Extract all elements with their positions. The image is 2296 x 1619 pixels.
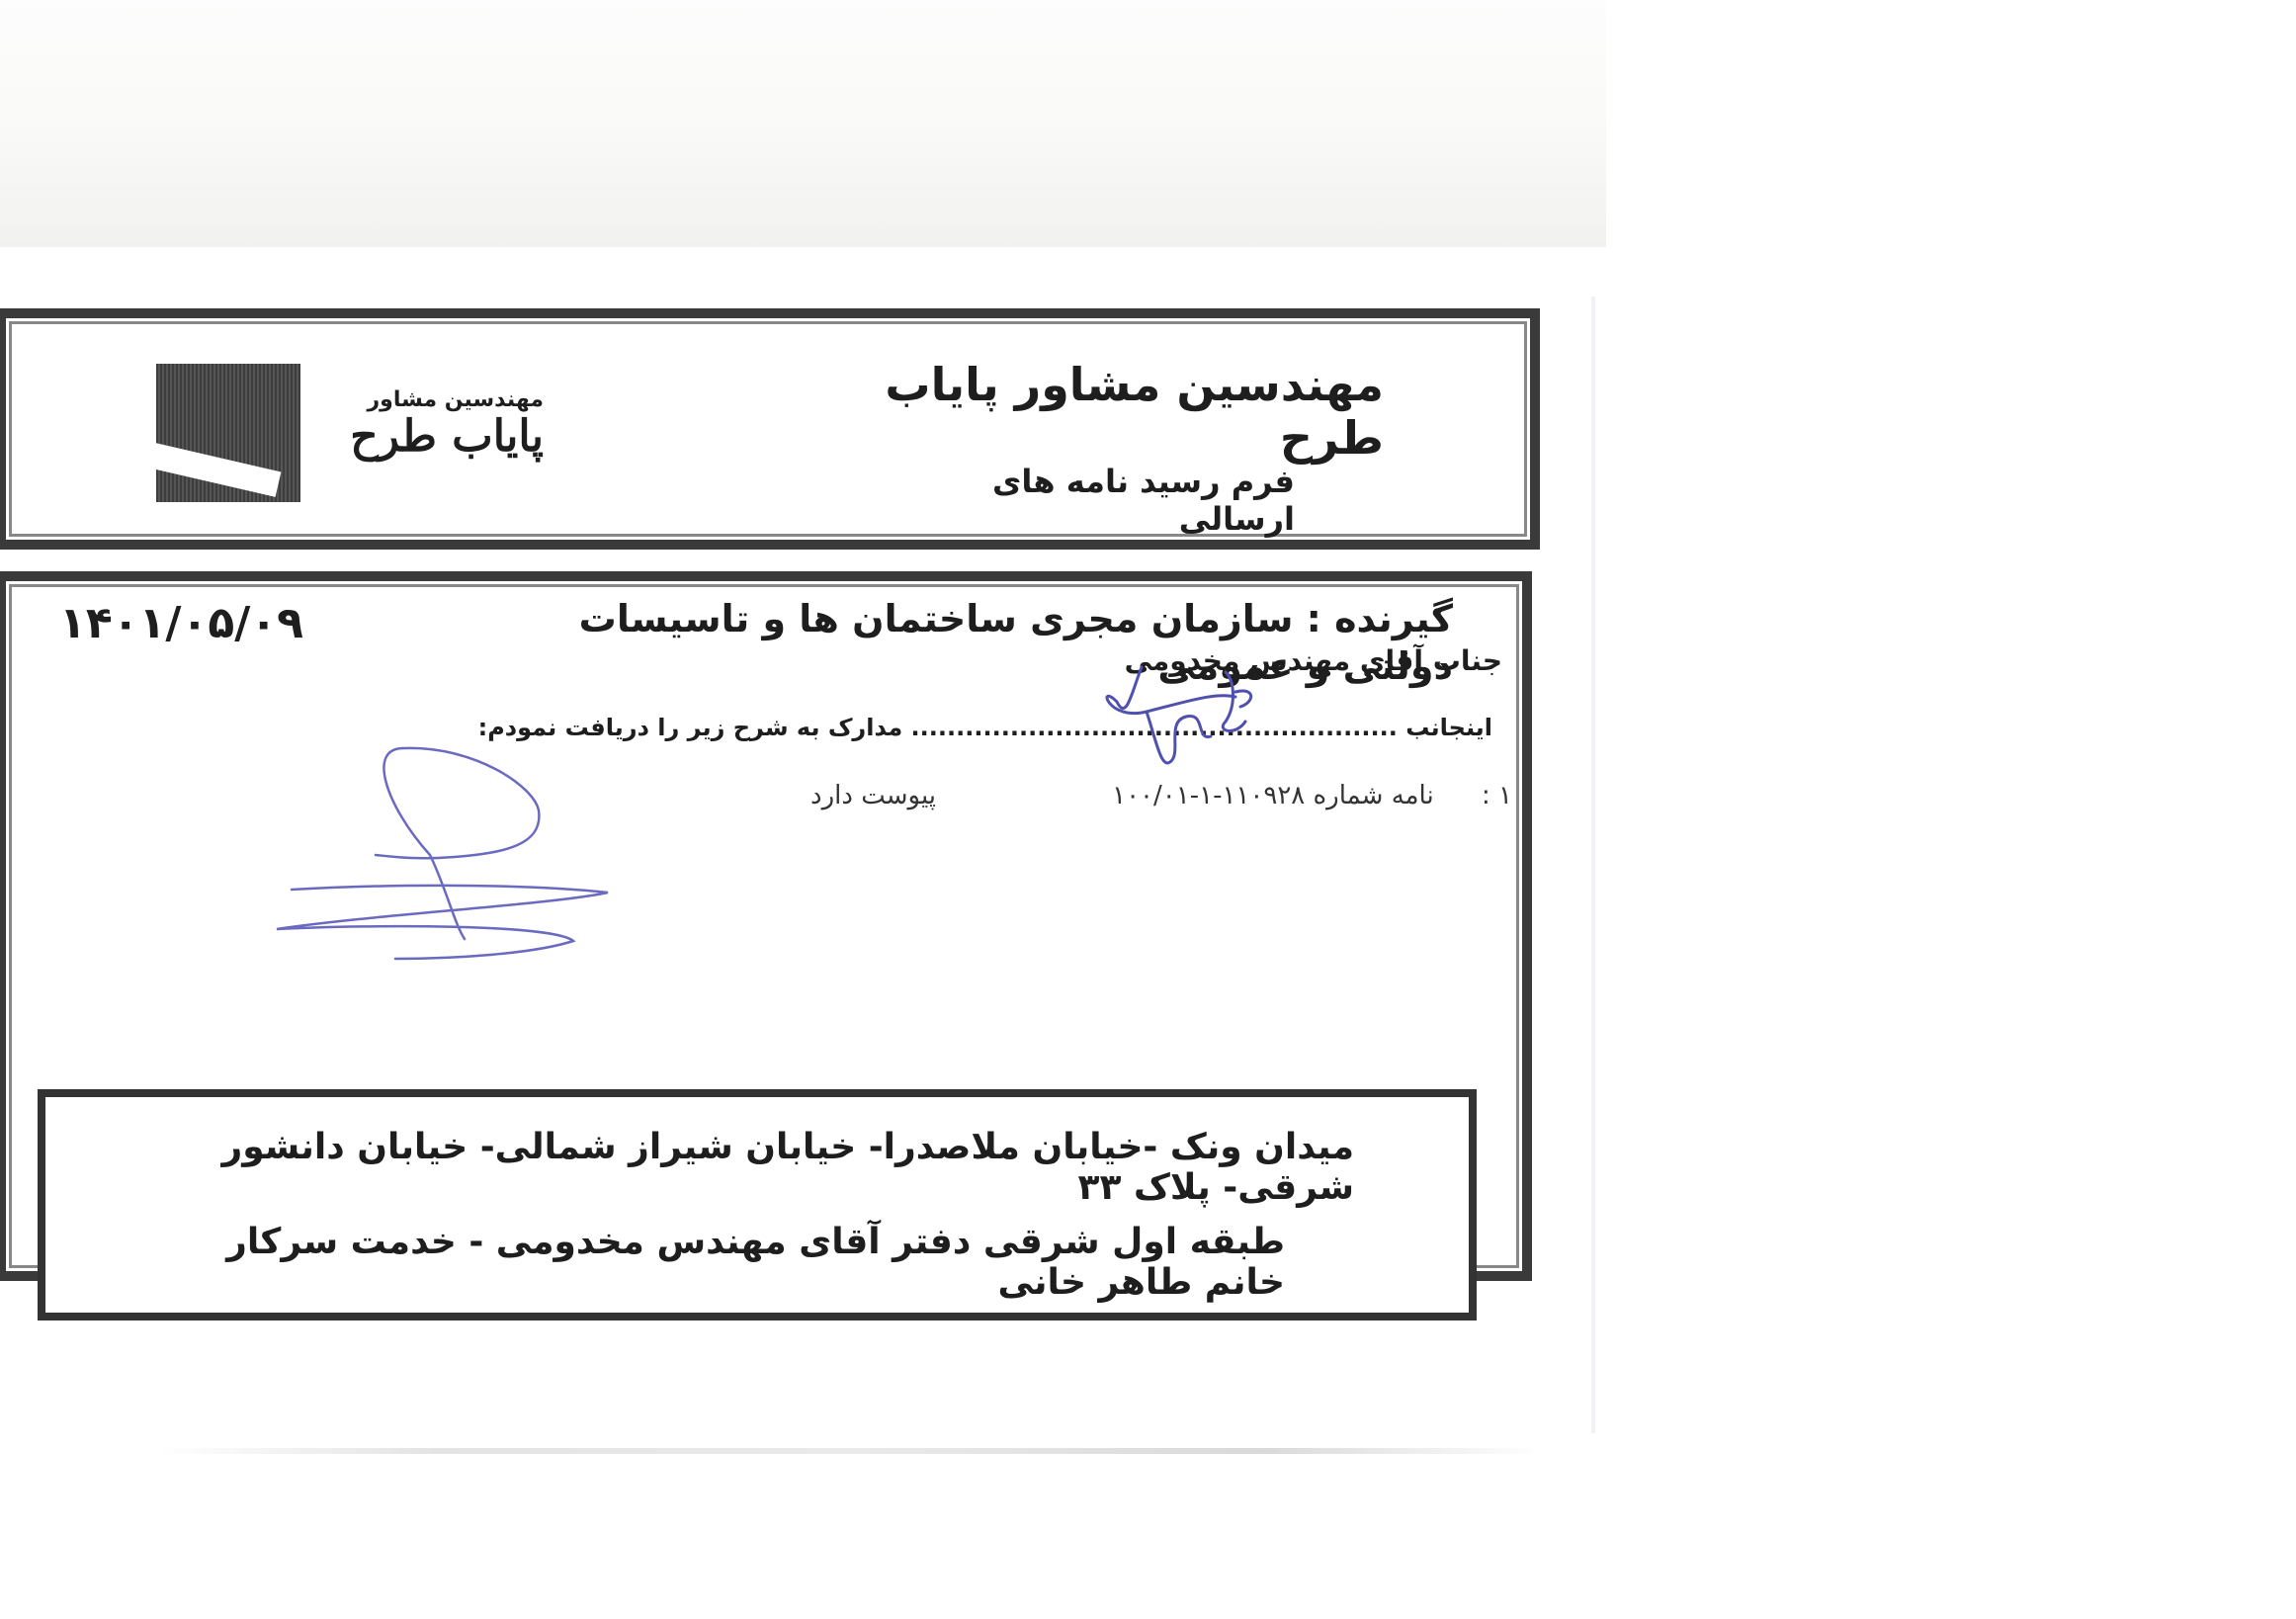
company-title: مهندسین مشاور پایاب طرح: [810, 358, 1384, 465]
form-title: فرم رسید نامه های ارسالی: [870, 463, 1295, 538]
item-attachment: پیوست دارد: [810, 781, 936, 810]
logo-big-text: پایاب طرح: [314, 413, 544, 461]
item-description: نامه شماره ۱۱۰۹۲۸-۱-۱۰۰/۰۱: [1112, 781, 1434, 810]
list-item: ۱ : نامه شماره ۱۱۰۹۲۸-۱-۱۰۰/۰۱ پیوست دار…: [810, 781, 1512, 810]
logo-stripe: [156, 441, 281, 497]
letter-date: ۱۴۰۱/۰۵/۰۹: [59, 598, 303, 648]
logo-small-text: مهندسین مشاور: [314, 387, 544, 413]
address-line-1: میدان ونک -خیابان ملاصدرا- خیابان شیراز …: [148, 1127, 1354, 1208]
item-index: ۱ :: [1482, 781, 1512, 810]
paper-edge-right: [1591, 297, 1595, 1433]
logo-text: مهندسین مشاور پایاب طرح: [314, 387, 544, 461]
company-logo-icon: [156, 364, 300, 502]
addressee-line: جناب آقای مهندس مخدومی: [1038, 644, 1502, 677]
address-line-2: طبقه اول شرقی دفتر آقای مهندس مخدومی - خ…: [217, 1222, 1285, 1303]
paper-torn-edge: [158, 1448, 1542, 1454]
scan-background-strip: [0, 0, 1606, 247]
receipt-statement: اینجانب ................................…: [534, 714, 1492, 741]
